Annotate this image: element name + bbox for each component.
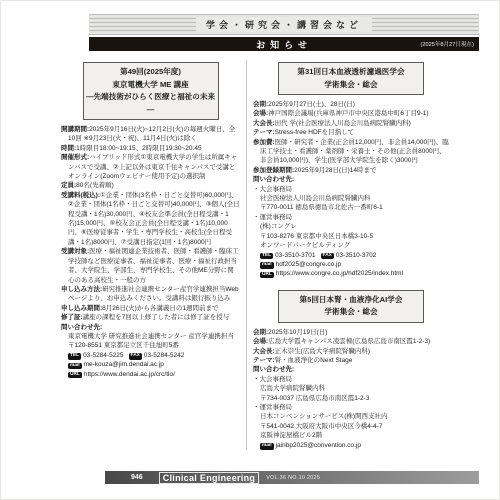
field-label: 開催形式: xyxy=(61,154,89,161)
info-row: 大会長:正木崇生(広島大学病院腎臓内科) xyxy=(253,347,449,356)
field-value: 2025年10月19日(日) xyxy=(268,329,327,336)
field-label: 大会長: xyxy=(253,120,275,127)
inquiry-heading: 問い合わせ先: xyxy=(253,365,449,374)
title-line: 学術集会・総会 xyxy=(281,306,421,319)
notice-bar: お知らせ (2025年8月27日現在) xyxy=(89,37,479,51)
notice-title: お知らせ xyxy=(256,38,312,51)
contact-org: 東京電機大学 研究推進社会連携センター 産官学連携担当 xyxy=(61,332,240,341)
info-row: 修了証:講座の課程を7回以上修了した者には修了証を授与 xyxy=(61,313,240,322)
content-columns: 第49回(2025年度) 東京電機大学 ME 講座 ―先端技術がひらく医療と福祉… xyxy=(61,60,449,450)
contact-line: URLhttps://www.dendai.ac.jp/crc/tlo/ xyxy=(61,370,240,379)
field-label: 会場: xyxy=(253,110,268,117)
contact-line: mailjainbp2025@convention.co.jp xyxy=(253,441,449,450)
field-label: 会場: xyxy=(253,338,268,345)
field-label: 定員: xyxy=(61,182,76,189)
field-label: 問い合わせ先: xyxy=(253,176,294,183)
field-label: 問い合わせ先: xyxy=(61,324,102,331)
info-row: 会場:広島大学霞キャンパス凌雲棟(広島県広島市南区霞1-2-3) xyxy=(253,337,449,346)
tel-icon: TEL xyxy=(260,253,273,259)
announcement-section-me-kouza: 第49回(2025年度) 東京電機大学 ME 講座 ―先端技術がひらく医療と福祉… xyxy=(61,62,240,379)
info-row: 時間:1時限目18:00~19:15、2時限目19:30~20:45 xyxy=(61,144,240,153)
field-value: 田代 学(社会医療法人川島会川島病院腎臓内科) xyxy=(275,120,411,127)
tel-number: 03-3510-3701 xyxy=(275,252,315,259)
email-address: me-kouza@jim.dendai.ac.jp xyxy=(84,361,164,368)
left-column: 第49回(2025年度) 東京電機大学 ME 講座 ―先端技術がひらく医療と福祉… xyxy=(61,60,247,450)
tel-number: 03-5284-5225 xyxy=(83,352,123,359)
as-of-date: (2025年8月27日現在) xyxy=(421,40,479,48)
journal-logo: Clinical Engineering xyxy=(159,472,260,484)
mail-icon: mail xyxy=(68,363,82,369)
website-url: https://www.congre.co.jp/hdf2025/index.h… xyxy=(276,270,403,277)
info-row: 申し込み期間:8月26日(火)から各講義日の1週間前まで xyxy=(61,304,240,313)
right-column: 第31回日本血液透析濾過医学会 学術集会・総会 会期:2025年9月27日(土)… xyxy=(247,60,449,450)
field-value: 正木崇生(広島大学病院腎臓内科) xyxy=(275,348,370,355)
info-row: 会期:2025年9月27日(土)、28日(日) xyxy=(253,100,449,109)
title-line: ―先端技術がひらく医療と福祉の未来― xyxy=(86,91,216,116)
title-line: 学術集会・総会 xyxy=(281,79,421,92)
announcement-title: 第49回(2025年度) 東京電機大学 ME 講座 ―先端技術がひらく医療と福祉… xyxy=(83,62,219,120)
issue-info: VOL.36 NO.10 2025 xyxy=(266,475,320,481)
info-row: 会期:2025年10月19日(日) xyxy=(253,328,449,337)
contact-org: 広島大学病院腎臓内科 xyxy=(253,384,449,393)
field-value: 腎・血液浄化のNext Stage xyxy=(275,357,353,364)
office-title: ・大会事務局 xyxy=(253,375,449,384)
title-line: 第31回日本血液透析濾過医学会 xyxy=(281,66,421,79)
contact-line: mailme-kouza@jim.dendai.ac.jp xyxy=(61,360,240,369)
page-header: 学会・研究会・講習会など お知らせ (2025年8月27日現在) xyxy=(89,14,479,51)
contact-address: 〒734-0037 広島県広島市南区霞1-2-3 xyxy=(253,394,449,403)
info-row: 受講料(税込):①企業・団体(3名枠・日ごと交替可)60,000円、②企業・団体… xyxy=(61,191,240,247)
field-value: 医療・福祉関連企業技術者、医師・看護師・臨床工学技師など医療従事者、福祉従事者、… xyxy=(68,248,239,283)
contact-address: オンワードパークビルディング xyxy=(253,241,449,250)
contact-line: TEL03-5284-5225FAX03-5284-5242 xyxy=(61,351,240,360)
field-label: 修了証: xyxy=(61,314,83,321)
contact-address: 京阪神淀屋橋ビル2階 xyxy=(253,431,449,440)
page-footer: 946 Clinical Engineering VOL.36 NO.10 20… xyxy=(105,471,479,484)
url-icon: URL xyxy=(68,372,82,378)
field-value: Stress-free HDFを目指して xyxy=(275,129,354,136)
field-label: 受講対象: xyxy=(61,248,89,255)
field-label: 申し込み期間: xyxy=(61,305,102,312)
title-line: 第5回日本腎・血液浄化AI学会 xyxy=(281,294,421,307)
field-label: テーマ: xyxy=(253,129,275,136)
contact-org: (株)コングレ xyxy=(253,222,449,231)
info-row: テーマ:Stress-free HDFを目指して xyxy=(253,128,449,137)
info-row: 定員:80名(先着順) xyxy=(61,181,240,190)
fax-number: 03-5284-5242 xyxy=(144,352,184,359)
info-row: 会場:神戸国際会議場(兵庫県神戸市中央区港島中町6丁目9-1) xyxy=(253,109,449,118)
field-label: 問い合わせ先: xyxy=(253,366,294,373)
title-line: 第49回(2025年度) xyxy=(86,66,216,79)
contact-org: 日本コンベンションサービス(株)関西支社内 xyxy=(253,412,449,421)
field-label: 会期: xyxy=(253,101,268,108)
field-label: 参加費: xyxy=(253,139,275,146)
page-number: 946 xyxy=(131,474,143,481)
field-value: 1時限目18:00~19:15、2時限目19:30~20:45 xyxy=(76,145,201,152)
category-label: 学会・研究会・講習会など xyxy=(196,17,372,32)
field-label: 開講期間: xyxy=(61,126,89,133)
fax-icon: FAX xyxy=(321,253,334,259)
info-row: 申し込み方法:研究推進社会連携センター産官学連携担当Webページより、お申込みく… xyxy=(61,285,240,304)
field-label: 参加登録期間: xyxy=(253,167,294,174)
announcement-title: 第31回日本血液透析濾過医学会 学術集会・総会 xyxy=(278,62,424,95)
field-value: 80名(先着順) xyxy=(76,182,114,189)
field-value: ハイブリッド形式①東京電機大学の学生は所属キャンパスで受講、②上記以外は東京千住… xyxy=(68,154,237,180)
field-value: 神戸国際会議場(兵庫県神戸市中央区港島中町6丁目9-1) xyxy=(268,110,428,117)
field-label: 時間: xyxy=(61,145,76,152)
contact-address: 〒770-0011 徳島県徳島市北佐古一番町6-1 xyxy=(253,203,449,212)
field-value: 2025年9月28日(日)14時まで xyxy=(294,167,376,174)
fax-icon: FAX xyxy=(129,353,142,359)
info-row: 開催形式:ハイブリッド形式①東京電機大学の学生は所属キャンパスで受講、②上記以外… xyxy=(61,153,240,181)
contact-address: 〒103-8276 東京都中央区日本橋3-10-5 xyxy=(253,232,449,241)
field-value: 医師・研究者・企業(正会員12,000円、非会員14,000円)、臨床工学技士・… xyxy=(260,139,449,165)
contact-line: TEL03-3510-3701FAX03-3510-3702 xyxy=(253,251,449,260)
field-label: 受講料(税込): xyxy=(61,192,100,199)
fax-number: 03-3510-3702 xyxy=(336,252,376,259)
mail-icon: mail xyxy=(260,443,274,449)
office-title: ・運営事務局 xyxy=(253,213,449,222)
field-value: 講座の課程を7回以上修了した者には修了証を授与 xyxy=(83,314,230,321)
contact-line: URLhttps://www.congre.co.jp/hdf2025/inde… xyxy=(253,269,449,278)
info-row: 参加登録期間:2025年9月28日(日)14時まで xyxy=(253,166,449,175)
announcement-section-hdf: 第31回日本血液透析濾過医学会 学術集会・総会 会期:2025年9月27日(土)… xyxy=(253,62,449,279)
contact-line: mailhdf2025@congre.co.jp xyxy=(253,260,449,269)
field-label: テーマ: xyxy=(253,357,275,364)
inquiry-heading: 問い合わせ先: xyxy=(253,175,449,184)
office-title: ・運営事務局 xyxy=(253,403,449,412)
field-label: 大会長: xyxy=(253,348,275,355)
title-line: 東京電機大学 ME 講座 xyxy=(86,79,216,92)
announcement-title: 第5回日本腎・血液浄化AI学会 学術集会・総会 xyxy=(278,290,424,323)
contact-address: 〒541-0042 大阪府大阪市中央区今橋4-4-7 xyxy=(253,422,449,431)
info-row: 大会長:田代 学(社会医療法人川島会川島病院腎臓内科) xyxy=(253,119,449,128)
journal-page: 学会・研究会・講習会など お知らせ (2025年8月27日現在) 第49回(20… xyxy=(0,0,500,500)
mail-icon: mail xyxy=(260,262,274,268)
info-row: 受講対象:医療・福祉関連企業技術者、医師・看護師・臨床工学技師など医療従事者、福… xyxy=(61,247,240,285)
field-value: 2025年9月27日(土)、28日(日) xyxy=(268,101,355,108)
email-address: hdf2025@congre.co.jp xyxy=(276,261,342,268)
field-label: 申し込み方法: xyxy=(61,286,102,293)
field-value: 2025年9月16日(火)~12月2日(火)の毎週火曜日、全10回 ※9月23日… xyxy=(68,126,235,142)
email-address: jainbp2025@convention.co.jp xyxy=(276,442,361,449)
contact-address: 〒120-8551 東京都足立区千住旭町5番 xyxy=(61,341,240,350)
field-value: ①企業・団体(3名枠・日ごと交替可)60,000円、②企業・団体(1名枠・日ごと… xyxy=(68,192,240,246)
tel-icon: TEL xyxy=(68,353,81,359)
info-row: テーマ:腎・血液浄化のNext Stage xyxy=(253,356,449,365)
category-bar: 学会・研究会・講習会など xyxy=(89,14,479,35)
url-icon: URL xyxy=(260,272,274,278)
office-title: ・大会事務局 xyxy=(253,185,449,194)
inquiry-heading: 問い合わせ先: xyxy=(61,323,240,332)
field-value: 広島大学霞キャンパス凌雲棟(広島県広島市南区霞1-2-3) xyxy=(268,338,430,345)
info-row: 開講期間:2025年9月16日(火)~12月2日(火)の毎週火曜日、全10回 ※… xyxy=(61,125,240,144)
website-url: https://www.dendai.ac.jp/crc/tlo/ xyxy=(84,371,175,378)
info-row: 参加費:医師・研究者・企業(正会員12,000円、非会員14,000円)、臨床工… xyxy=(253,138,449,166)
field-label: 会期: xyxy=(253,329,268,336)
announcement-section-ai: 第5回日本腎・血液浄化AI学会 学術集会・総会 会期:2025年10月19日(日… xyxy=(253,290,449,450)
field-value: 8月26日(火)から各講義日の1週間前まで xyxy=(102,305,218,312)
contact-org: 社会医療法人川島会川島病院腎臓内科 xyxy=(253,194,449,203)
